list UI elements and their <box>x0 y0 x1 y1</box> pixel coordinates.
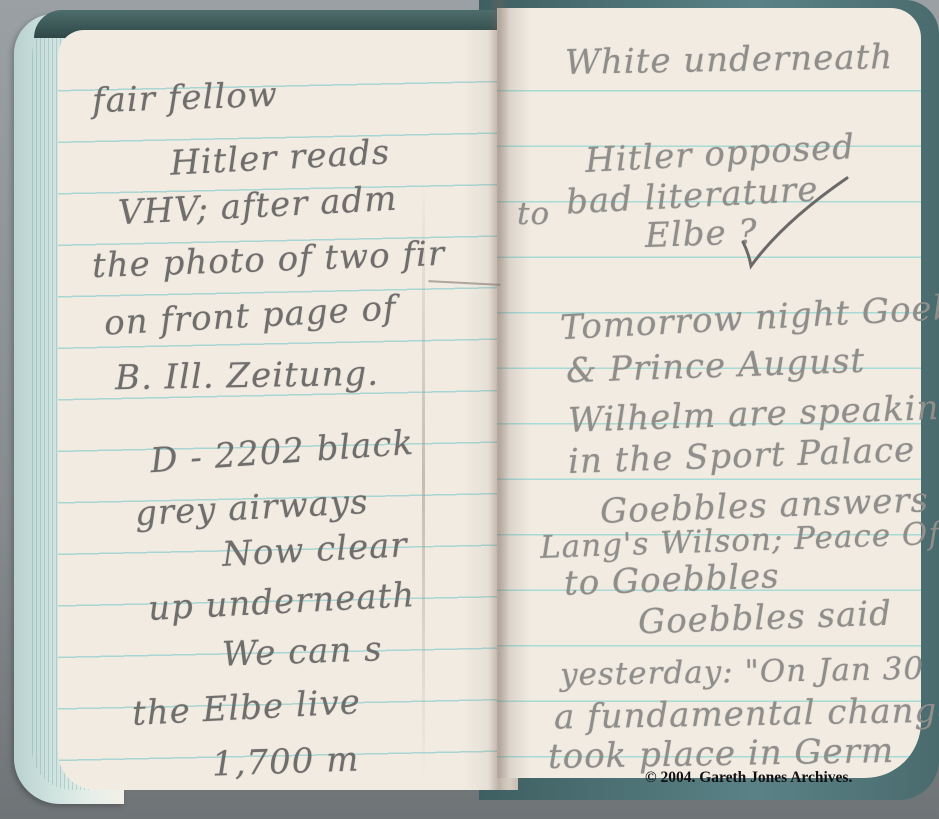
page-gutter <box>488 0 510 790</box>
handwritten-line: B. Ill. Zeitung. <box>115 354 380 399</box>
margin-note: to <box>517 196 550 232</box>
handwritten-line: We can s <box>221 629 383 675</box>
handwritten-line: 1,700 m <box>211 739 360 784</box>
checkmark-icon <box>735 170 855 270</box>
copyright-watermark: © 2004. Gareth Jones Archives. <box>645 769 852 787</box>
handwritten-line: yesterday: "On Jan 30 <box>560 651 925 693</box>
handwritten-line: White underneath <box>565 37 894 83</box>
notebook-photo: fair fellow Hitler reads VHV; after adm … <box>0 0 939 819</box>
handwritten-line: to Goebbles <box>563 556 780 604</box>
handwritten-line: fair fellow <box>91 75 278 121</box>
